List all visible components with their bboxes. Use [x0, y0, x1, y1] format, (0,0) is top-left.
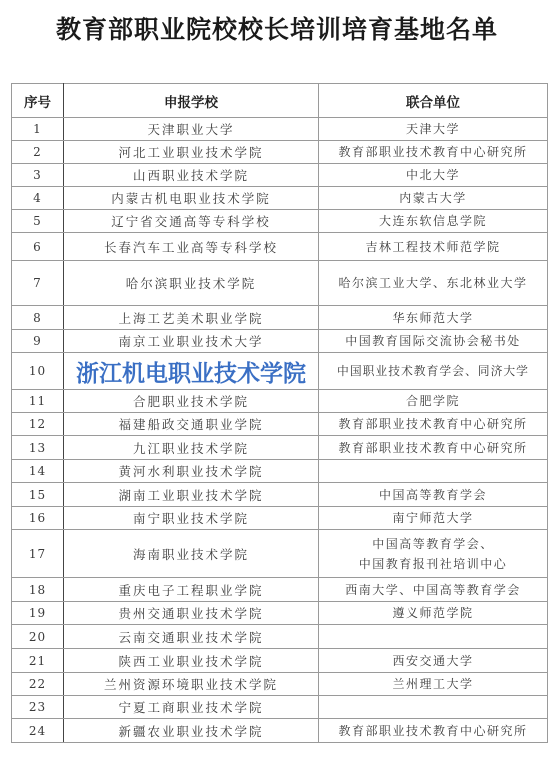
row-index: 9 — [12, 330, 64, 353]
row-index: 8 — [12, 306, 64, 330]
row-index: 24 — [12, 719, 64, 743]
row-index: 21 — [12, 649, 64, 673]
school-name: 内蒙古机电职业技术学院 — [64, 187, 319, 210]
school-name: 合肥职业技术学院 — [64, 390, 319, 413]
partner-unit — [319, 696, 548, 719]
school-name: 贵州交通职业技术学院 — [64, 602, 319, 625]
school-name: 陕西工业职业技术学院 — [64, 649, 319, 673]
row-index: 11 — [12, 390, 64, 413]
partner-unit: 合肥学院 — [319, 390, 548, 413]
partner-unit — [319, 625, 548, 649]
table-row: 22兰州资源环境职业技术学院兰州理工大学 — [12, 673, 548, 696]
row-index: 19 — [12, 602, 64, 625]
partner-unit: 南宁师范大学 — [319, 507, 548, 530]
table-row: 9南京工业职业技术大学中国教育国际交流协会秘书处 — [12, 330, 548, 353]
table-row: 14黄河水利职业技术学院 — [12, 460, 548, 483]
partner-unit: 内蒙古大学 — [319, 187, 548, 210]
partner-unit: 教育部职业技术教育中心研究所 — [319, 436, 548, 460]
partner-unit: 中国职业技术教育学会、同济大学 — [319, 353, 548, 390]
partner-unit: 教育部职业技术教育中心研究所 — [319, 141, 548, 164]
school-name: 海南职业技术学院 — [64, 530, 319, 578]
table-body: 1天津职业大学天津大学2河北工业职业技术学院教育部职业技术教育中心研究所3山西职… — [12, 118, 548, 743]
table-row: 13九江职业技术学院教育部职业技术教育中心研究所 — [12, 436, 548, 460]
school-name: 黄河水利职业技术学院 — [64, 460, 319, 483]
table-header-row: 序号 申报学校 联合单位 — [12, 84, 548, 118]
table-row: 19贵州交通职业技术学院遵义师范学院 — [12, 602, 548, 625]
partner-unit-line: 中国教育报刊社培训中心 — [319, 554, 547, 574]
row-index: 17 — [12, 530, 64, 578]
table-row: 5辽宁省交通高等专科学校大连东软信息学院 — [12, 210, 548, 233]
partner-unit: 教育部职业技术教育中心研究所 — [319, 413, 548, 436]
school-name: 福建船政交通职业学院 — [64, 413, 319, 436]
partner-unit: 兰州理工大学 — [319, 673, 548, 696]
school-name: 辽宁省交通高等专科学校 — [64, 210, 319, 233]
row-index: 22 — [12, 673, 64, 696]
school-name: 天津职业大学 — [64, 118, 319, 141]
table-row: 12福建船政交通职业学院教育部职业技术教育中心研究所 — [12, 413, 548, 436]
table-row: 17海南职业技术学院中国高等教育学会、中国教育报刊社培训中心 — [12, 530, 548, 578]
school-name: 山西职业技术学院 — [64, 164, 319, 187]
school-name-highlighted: 浙江机电职业技术学院 — [64, 353, 319, 390]
table-row: 1天津职业大学天津大学 — [12, 118, 548, 141]
row-index: 6 — [12, 233, 64, 261]
partner-unit-line: 中国高等教育学会、 — [319, 534, 547, 554]
row-index: 5 — [12, 210, 64, 233]
school-name: 宁夏工商职业技术学院 — [64, 696, 319, 719]
partner-unit: 西南大学、中国高等教育学会 — [319, 578, 548, 602]
row-index: 4 — [12, 187, 64, 210]
school-name: 重庆电子工程职业学院 — [64, 578, 319, 602]
table-row: 23宁夏工商职业技术学院 — [12, 696, 548, 719]
partner-unit: 大连东软信息学院 — [319, 210, 548, 233]
table-row: 3山西职业技术学院中北大学 — [12, 164, 548, 187]
partner-unit: 吉林工程技术师范学院 — [319, 233, 548, 261]
school-name: 南宁职业技术学院 — [64, 507, 319, 530]
row-index: 13 — [12, 436, 64, 460]
partner-unit: 中北大学 — [319, 164, 548, 187]
table-row: 16南宁职业技术学院南宁师范大学 — [12, 507, 548, 530]
school-name: 湖南工业职业技术学院 — [64, 483, 319, 507]
school-name: 南京工业职业技术大学 — [64, 330, 319, 353]
partner-unit: 教育部职业技术教育中心研究所 — [319, 719, 548, 743]
partner-unit — [319, 460, 548, 483]
document-title: 教育部职业院校校长培训培育基地名单 — [0, 10, 554, 46]
table-row: 18重庆电子工程职业学院西南大学、中国高等教育学会 — [12, 578, 548, 602]
header-index: 序号 — [12, 84, 64, 118]
partner-unit: 西安交通大学 — [319, 649, 548, 673]
partner-unit: 哈尔滨工业大学、东北林业大学 — [319, 261, 548, 306]
row-index: 14 — [12, 460, 64, 483]
school-name: 新疆农业职业技术学院 — [64, 719, 319, 743]
table-row: 20云南交通职业技术学院 — [12, 625, 548, 649]
row-index: 3 — [12, 164, 64, 187]
table-row: 7哈尔滨职业技术学院哈尔滨工业大学、东北林业大学 — [12, 261, 548, 306]
school-name: 长春汽车工业高等专科学校 — [64, 233, 319, 261]
row-index: 18 — [12, 578, 64, 602]
partner-unit: 华东师范大学 — [319, 306, 548, 330]
table-row: 8上海工艺美术职业学院华东师范大学 — [12, 306, 548, 330]
table-row: 15湖南工业职业技术学院中国高等教育学会 — [12, 483, 548, 507]
school-name: 云南交通职业技术学院 — [64, 625, 319, 649]
row-index: 2 — [12, 141, 64, 164]
row-index: 20 — [12, 625, 64, 649]
row-index: 7 — [12, 261, 64, 306]
row-index: 23 — [12, 696, 64, 719]
partner-unit: 中国教育国际交流协会秘书处 — [319, 330, 548, 353]
partner-unit: 中国高等教育学会 — [319, 483, 548, 507]
table-row: 4内蒙古机电职业技术学院内蒙古大学 — [12, 187, 548, 210]
header-partner: 联合单位 — [319, 84, 548, 118]
header-school: 申报学校 — [64, 84, 319, 118]
row-index: 15 — [12, 483, 64, 507]
table-row: 10浙江机电职业技术学院中国职业技术教育学会、同济大学 — [12, 353, 548, 390]
table-row: 2河北工业职业技术学院教育部职业技术教育中心研究所 — [12, 141, 548, 164]
row-index: 1 — [12, 118, 64, 141]
row-index: 16 — [12, 507, 64, 530]
partner-unit: 天津大学 — [319, 118, 548, 141]
school-name: 九江职业技术学院 — [64, 436, 319, 460]
table-row: 21陕西工业职业技术学院西安交通大学 — [12, 649, 548, 673]
table-row: 6长春汽车工业高等专科学校吉林工程技术师范学院 — [12, 233, 548, 261]
training-base-table: 序号 申报学校 联合单位 1天津职业大学天津大学2河北工业职业技术学院教育部职业… — [11, 83, 548, 743]
school-name: 上海工艺美术职业学院 — [64, 306, 319, 330]
school-name: 河北工业职业技术学院 — [64, 141, 319, 164]
school-name: 哈尔滨职业技术学院 — [64, 261, 319, 306]
table-row: 11合肥职业技术学院合肥学院 — [12, 390, 548, 413]
partner-unit: 中国高等教育学会、中国教育报刊社培训中心 — [319, 530, 548, 578]
partner-unit: 遵义师范学院 — [319, 602, 548, 625]
school-name: 兰州资源环境职业技术学院 — [64, 673, 319, 696]
row-index: 10 — [12, 353, 64, 390]
table-row: 24新疆农业职业技术学院教育部职业技术教育中心研究所 — [12, 719, 548, 743]
row-index: 12 — [12, 413, 64, 436]
